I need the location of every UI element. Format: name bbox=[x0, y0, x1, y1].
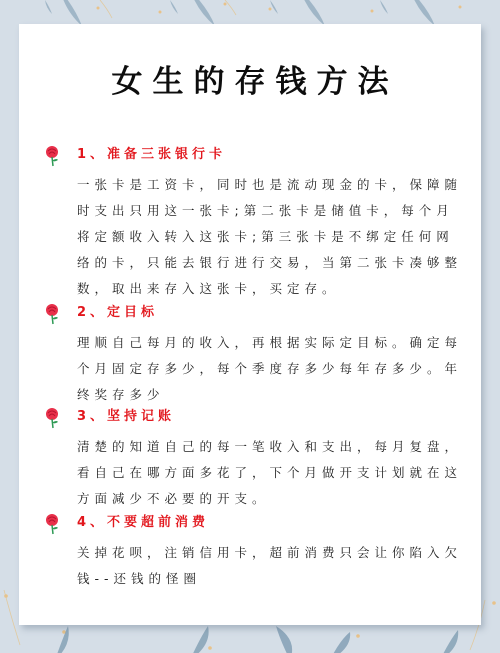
rose-icon bbox=[43, 303, 61, 325]
body-line: 理顺自己每月的收入，再根据实际定目标。确定每 bbox=[77, 330, 477, 356]
body-line: 数，取出来存入这张卡，买定存。 bbox=[77, 276, 477, 302]
section-body: 关掉花呗，注销信用卡，超前消费只会让你陷入欠 钱--还钱的怪圈 bbox=[77, 540, 477, 592]
section-heading: 3、坚持记账 bbox=[77, 407, 175, 427]
page-title: 女生的存钱方法 bbox=[19, 62, 481, 102]
section-body: 理顺自己每月的收入，再根据实际定目标。确定每 个月固定存多少，每个季度存多少每年… bbox=[77, 330, 477, 408]
section-heading: 2、定目标 bbox=[77, 303, 158, 323]
body-line: 将定额收入转入这张卡;第三张卡是不绑定任何网 bbox=[77, 224, 477, 250]
section-body: 清楚的知道自己的每一笔收入和支出，每月复盘， 看自己在哪方面多花了，下个月做开支… bbox=[77, 434, 477, 512]
body-line: 钱--还钱的怪圈 bbox=[77, 566, 477, 592]
content-card: 女生的存钱方法 1、准备三张银行卡 一张卡是工资卡，同时也是流动现金的卡，保障随… bbox=[19, 24, 481, 625]
body-line: 时支出只用这一张卡;第二张卡是储值卡，每个月 bbox=[77, 198, 477, 224]
body-line: 方面减少不必要的开支。 bbox=[77, 486, 477, 512]
rose-icon bbox=[43, 145, 61, 167]
rose-icon bbox=[43, 513, 61, 535]
body-line: 络的卡，只能去银行进行交易，当第二张卡凑够整 bbox=[77, 250, 477, 276]
section-heading: 1、准备三张银行卡 bbox=[77, 145, 226, 165]
section-heading: 4、不要超前消费 bbox=[77, 513, 209, 533]
body-line: 清楚的知道自己的每一笔收入和支出，每月复盘， bbox=[77, 434, 477, 460]
body-line: 一张卡是工资卡，同时也是流动现金的卡，保障随 bbox=[77, 172, 477, 198]
rose-icon bbox=[43, 407, 61, 429]
body-line: 关掉花呗，注销信用卡，超前消费只会让你陷入欠 bbox=[77, 540, 477, 566]
body-line: 看自己在哪方面多花了，下个月做开支计划就在这 bbox=[77, 460, 477, 486]
section-body: 一张卡是工资卡，同时也是流动现金的卡，保障随 时支出只用这一张卡;第二张卡是储值… bbox=[77, 172, 477, 302]
body-line: 个月固定存多少，每个季度存多少每年存多少。年 bbox=[77, 356, 477, 382]
body-line: 终奖存多少 bbox=[77, 382, 477, 408]
